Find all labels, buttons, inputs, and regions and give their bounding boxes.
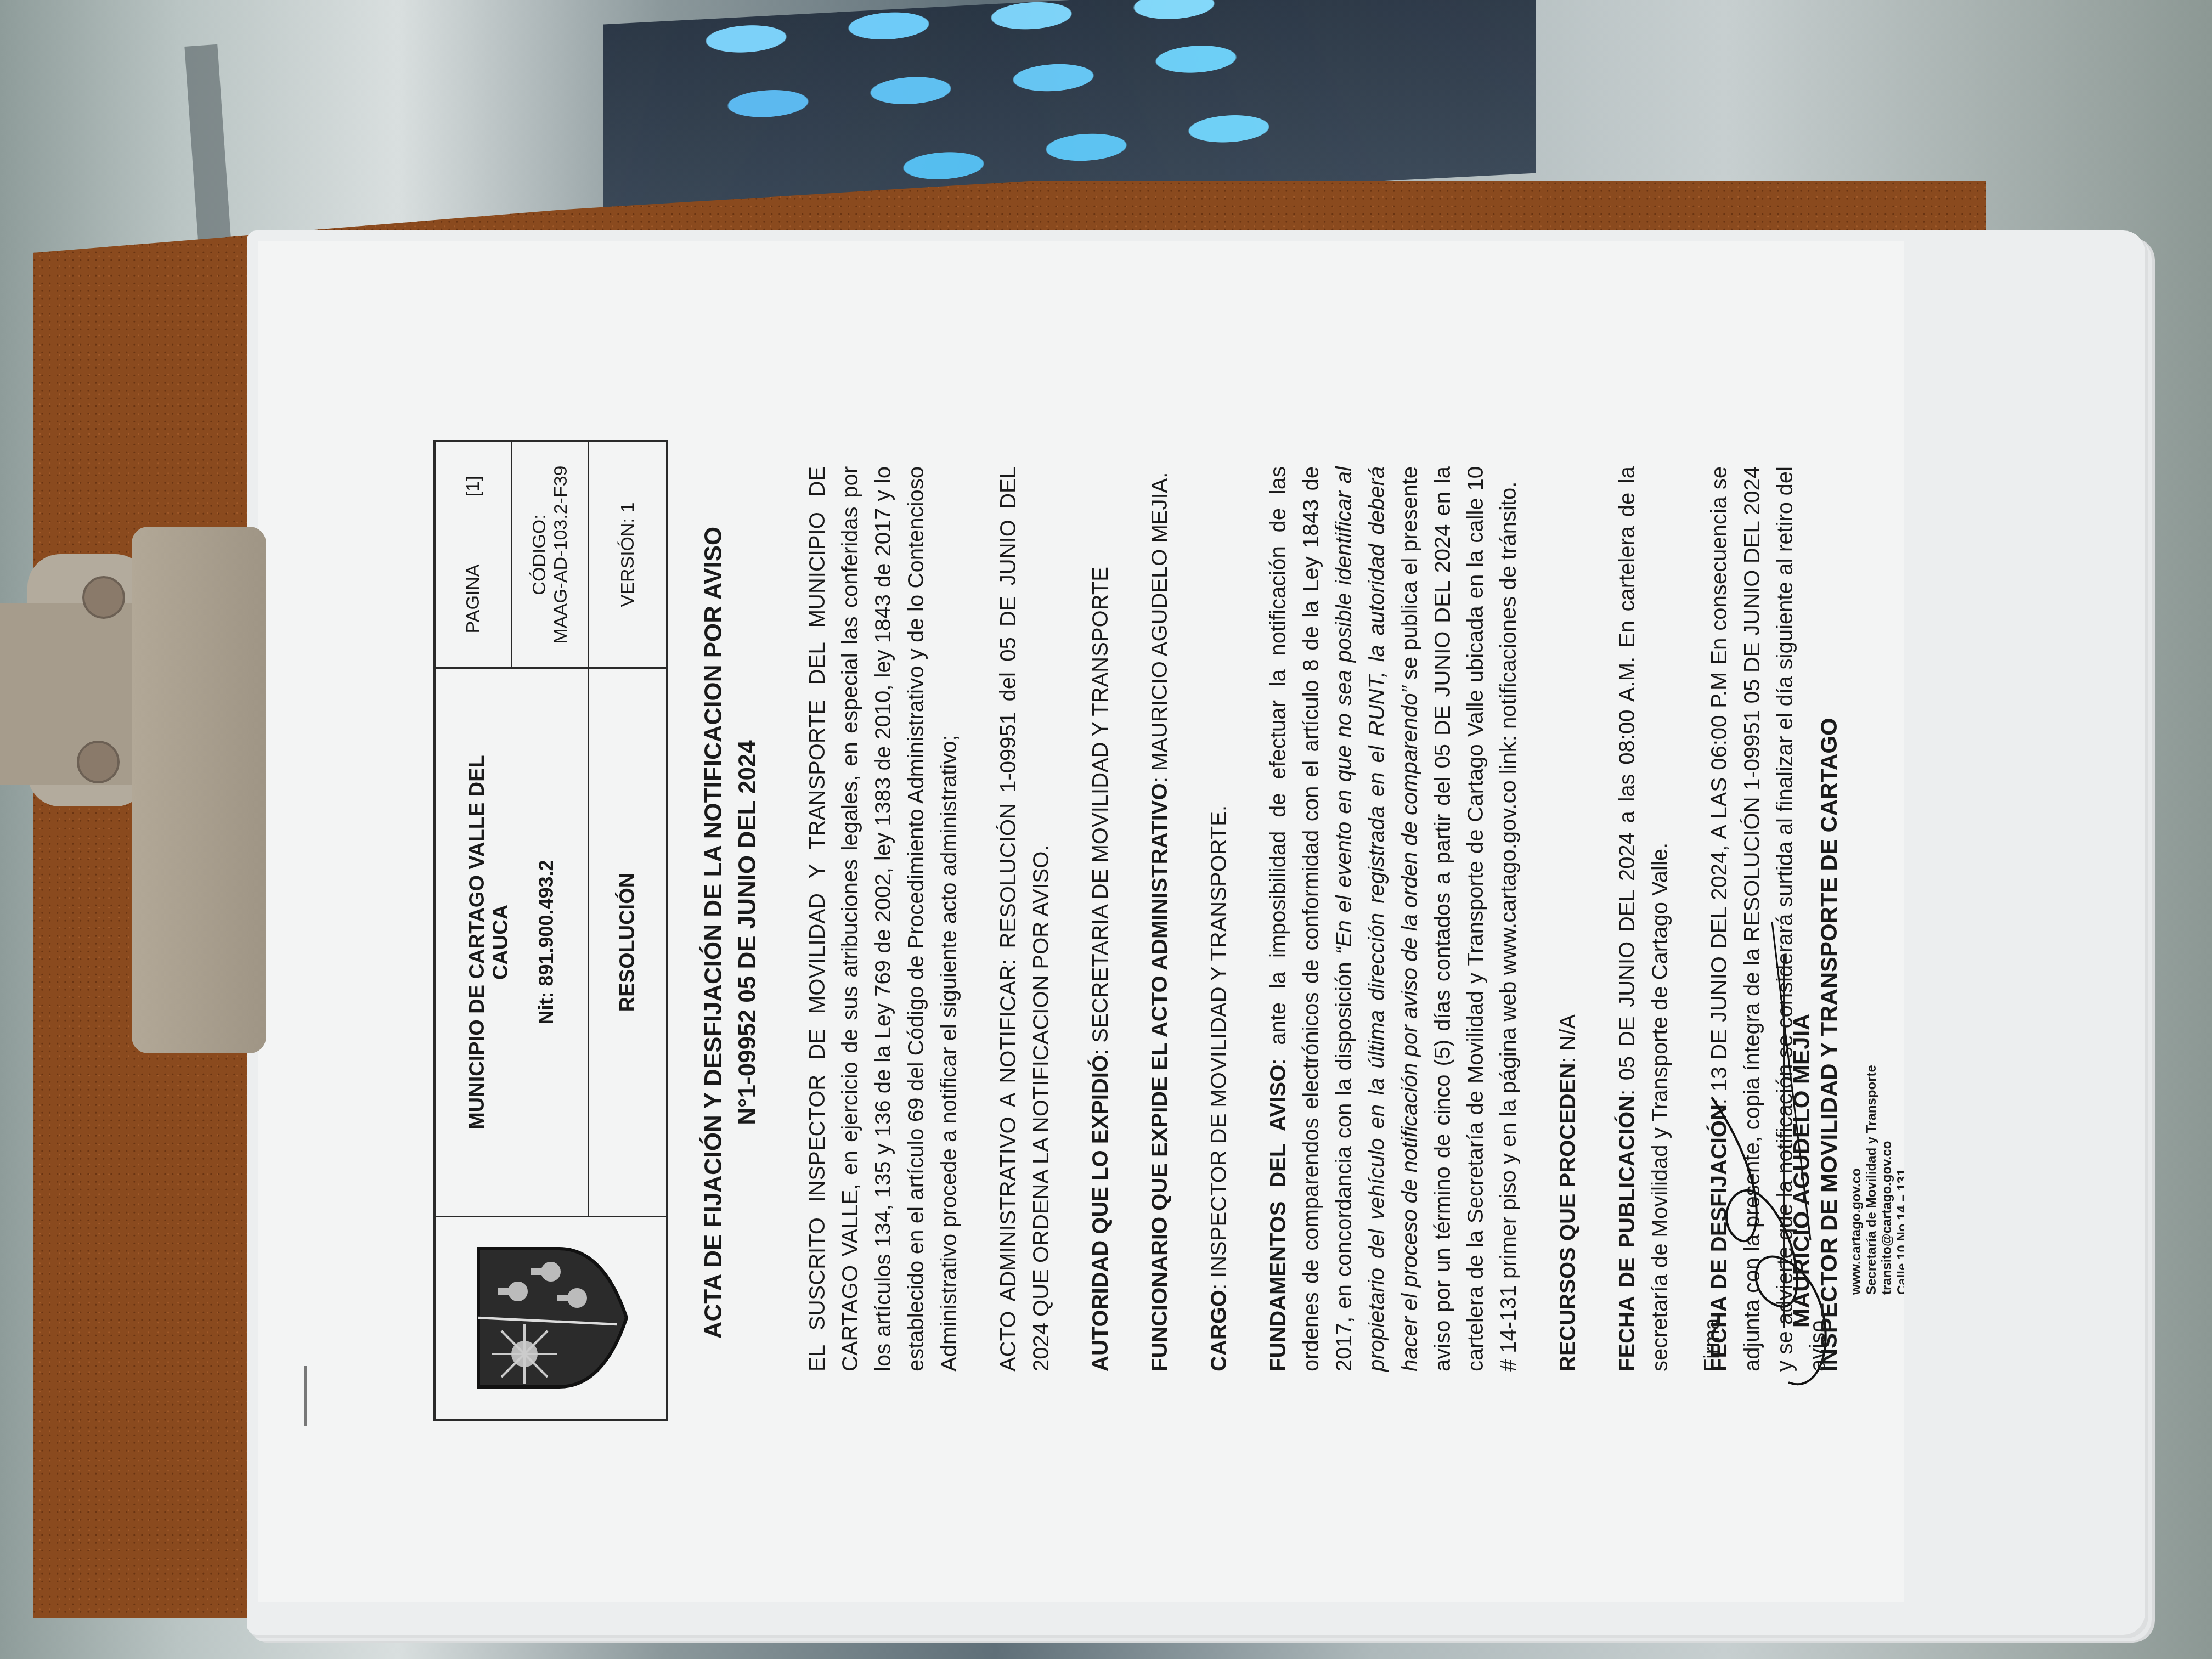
code-value: MAAG-AD-103.2-F39 [550, 466, 572, 644]
publicacion-paragraph: FECHA DE PUBLICACIÓN: 05 DE JUNIO DEL 20… [1611, 466, 1677, 1372]
rivet-icon [82, 576, 125, 619]
footer-email: transito@cartago.gov.co [1880, 1065, 1895, 1295]
fundamentos-label: FUNDAMENTOS DEL AVISO [1266, 1065, 1290, 1372]
recursos-label: RECURSOS QUE PROCEDEN [1556, 1063, 1580, 1372]
entity-nit: Nit: 891.900.493.2 [535, 860, 558, 1024]
recursos-value: : N/A [1556, 1014, 1580, 1063]
coat-of-arms-icon [469, 1236, 633, 1401]
cargo-value: : INSPECTOR DE MOVILIDAD Y TRANSPORTE. [1207, 805, 1231, 1290]
autoridad-value: : SECRETARIA DE MOVILIDAD Y TRANSPORTE [1088, 567, 1113, 1055]
page-number-cell: PAGINA [1] [436, 442, 512, 667]
footer-website: www.cartago.gov.co [1849, 1065, 1864, 1295]
document-viewport: MUNICIPIO DE CARTAGO VALLE DEL CAUCA Nit… [258, 241, 1904, 1602]
rivet-icon [77, 741, 120, 783]
document-page: MUNICIPIO DE CARTAGO VALLE DEL CAUCA Nit… [258, 241, 1904, 1602]
publicacion-label: FECHA DE PUBLICACIÓN [1615, 1096, 1639, 1372]
page-value: [1] [462, 476, 484, 497]
firma-label: Firma, [1701, 1312, 1724, 1372]
funcionario-label: FUNCIONARIO QUE EXPIDE EL ACTO ADMINISTR… [1148, 783, 1172, 1372]
doc-type: RESOLUCIÓN [589, 667, 666, 1216]
title-line1: ACTA DE FIJACIÓN Y DESFIJACIÓN DE LA NOT… [697, 444, 731, 1421]
title-line2: N°1-09952 05 DE JUNIO DEL 2024 [731, 444, 765, 1421]
footer-contact: www.cartago.gov.co Secretaría de Movilid… [1849, 1065, 1904, 1295]
funcionario-paragraph: FUNCIONARIO QUE EXPIDE EL ACTO ADMINISTR… [1143, 466, 1176, 1372]
logo-cell [436, 1216, 666, 1419]
cargo-label: CARGO [1207, 1290, 1231, 1372]
intro-paragraph: EL SUSCRITO INSPECTOR DE MOVILIDAD Y TRA… [801, 466, 966, 1372]
signer-name: MAURICIO AGUDELO MEJIA [1788, 1014, 1815, 1328]
document-title: ACTA DE FIJACIÓN Y DESFIJACIÓN DE LA NOT… [697, 444, 765, 1421]
entity-name-line1: MUNICIPIO DE CARTAGO VALLE DEL [466, 755, 489, 1130]
version-cell: VERSIÓN: 1 [589, 442, 666, 667]
clip-lever[interactable] [132, 527, 266, 1053]
signature-line [1783, 955, 1785, 1328]
entity-cell: MUNICIPIO DE CARTAGO VALLE DEL CAUCA Nit… [436, 667, 589, 1216]
pencil-mark [304, 1366, 307, 1426]
funcionario-value: : MAURICIO AGUDELO MEJIA. [1148, 472, 1172, 783]
recursos-paragraph: RECURSOS QUE PROCEDEN: N/A [1551, 466, 1584, 1372]
page-label: PAGINA [462, 564, 484, 633]
acto-paragraph: ACTO ADMINISTRATIVO A NOTIFICAR: RESOLUC… [992, 466, 1058, 1372]
signer-role: INSPECTOR DE MOVILIDAD Y TRANSPORTE DE C… [1816, 718, 1842, 1372]
clipboard-clip[interactable] [0, 521, 384, 1234]
autoridad-label: AUTORIDAD QUE LO EXPIDIÓ [1088, 1055, 1113, 1372]
autoridad-paragraph: AUTORIDAD QUE LO EXPIDIÓ: SECRETARIA DE … [1084, 466, 1117, 1372]
code-cell: CÓDIGO: MAAG-AD-103.2-F39 [512, 442, 589, 667]
header-table: MUNICIPIO DE CARTAGO VALLE DEL CAUCA Nit… [433, 440, 668, 1421]
footer-department: Secretaría de Movilidad y Transporte [1864, 1065, 1880, 1295]
code-label: CÓDIGO: [529, 514, 550, 595]
cargo-paragraph: CARGO: INSPECTOR DE MOVILIDAD Y TRANSPOR… [1203, 466, 1235, 1372]
fundamentos-paragraph: FUNDAMENTOS DEL AVISO: ante la imposibil… [1262, 466, 1525, 1372]
footer-address: Calle 10 No 14 – 131 [1895, 1065, 1904, 1295]
entity-name-line2: CAUCA [489, 905, 513, 980]
